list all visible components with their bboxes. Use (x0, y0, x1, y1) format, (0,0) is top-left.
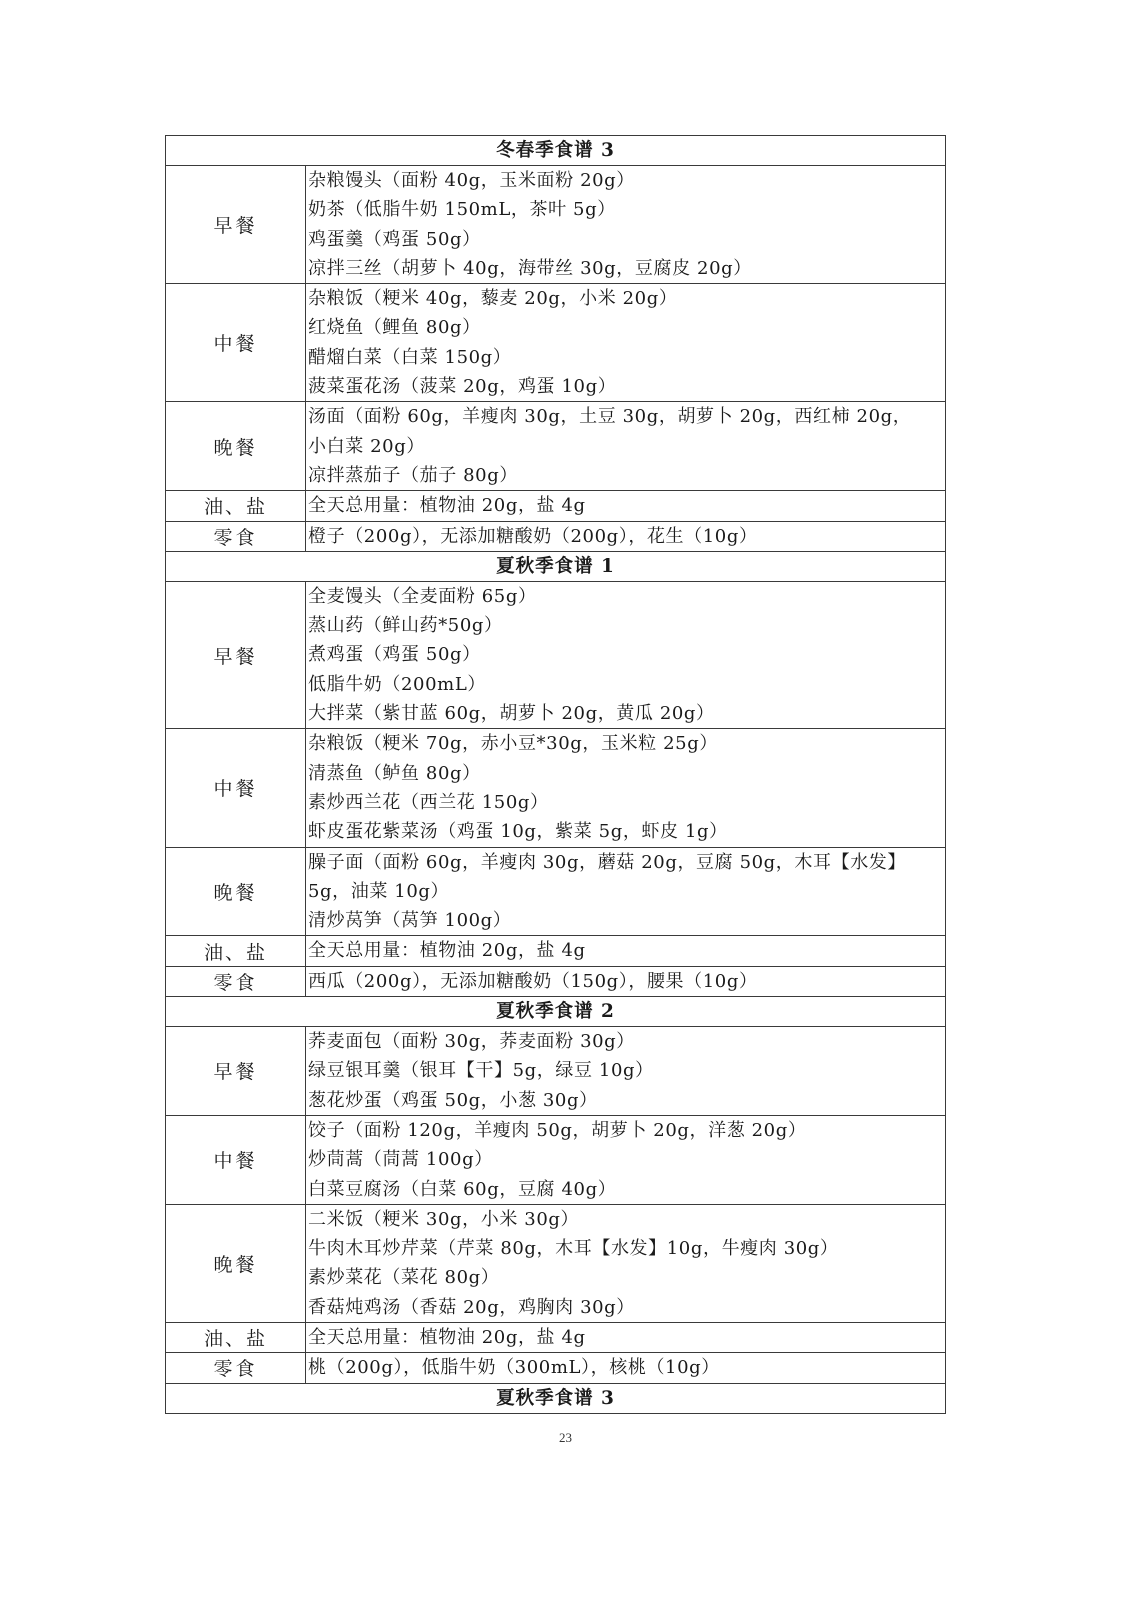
meal-items: 全天总用量：植物油 20g，盐 4g (306, 491, 946, 521)
meal-items: 二米饭（粳米 30g，小米 30g）牛肉木耳炒芹菜（芹菜 80g，木耳【水发】1… (306, 1204, 946, 1322)
meal-items: 汤面（面粉 60g，羊瘦肉 30g，土豆 30g，胡萝卜 20g，西红柿 20g… (306, 402, 946, 491)
meal-label: 早餐 (166, 1027, 306, 1116)
page-number: 23 (0, 1430, 1131, 1446)
dish-line: 饺子（面粉 120g，羊瘦肉 50g，胡萝卜 20g，洋葱 20g） (308, 1116, 945, 1145)
dish-line: 白菜豆腐汤（白菜 60g，豆腐 40g） (308, 1175, 945, 1204)
dish-line: 低脂牛奶（200mL） (308, 670, 945, 699)
dish-line: 凉拌蒸茄子（茄子 80g） (308, 461, 945, 490)
dish-line: 煮鸡蛋（鸡蛋 50g） (308, 640, 945, 669)
meal-row: 中餐杂粮饭（粳米 70g，赤小豆*30g，玉米粒 25g）清蒸鱼（鲈鱼 80g）… (166, 729, 946, 847)
meal-row: 晚餐二米饭（粳米 30g，小米 30g）牛肉木耳炒芹菜（芹菜 80g，木耳【水发… (166, 1204, 946, 1322)
meal-label: 中餐 (166, 729, 306, 847)
meal-row: 晚餐汤面（面粉 60g，羊瘦肉 30g，土豆 30g，胡萝卜 20g，西红柿 2… (166, 402, 946, 491)
dish-line: 桃（200g），低脂牛奶（300mL），核桃（10g） (308, 1353, 945, 1382)
dish-line: 菠菜蛋花汤（菠菜 20g，鸡蛋 10g） (308, 372, 945, 401)
section-title: 夏秋季食谱 3 (166, 1383, 946, 1413)
dish-line: 二米饭（粳米 30g，小米 30g） (308, 1205, 945, 1234)
dish-line: 虾皮蛋花紫菜汤（鸡蛋 10g，紫菜 5g，虾皮 1g） (308, 817, 945, 846)
dish-line: 小白菜 20g） (308, 432, 945, 461)
meal-items: 全麦馒头（全麦面粉 65g）蒸山药（鲜山药*50g）煮鸡蛋（鸡蛋 50g）低脂牛… (306, 581, 946, 728)
section-title: 夏秋季食谱 2 (166, 997, 946, 1027)
meal-label: 中餐 (166, 1115, 306, 1204)
meal-items: 饺子（面粉 120g，羊瘦肉 50g，胡萝卜 20g，洋葱 20g）炒茼蒿（茼蒿… (306, 1115, 946, 1204)
dish-line: 蒸山药（鲜山药*50g） (308, 611, 945, 640)
meal-row: 油、盐全天总用量：植物油 20g，盐 4g (166, 936, 946, 966)
dish-line: 清炒莴笋（莴笋 100g） (308, 906, 945, 935)
meal-row: 零食橙子（200g），无添加糖酸奶（200g），花生（10g） (166, 521, 946, 551)
dish-line: 橙子（200g），无添加糖酸奶（200g），花生（10g） (308, 522, 945, 551)
meal-label: 中餐 (166, 284, 306, 402)
section-header-row: 冬春季食谱 3 (166, 136, 946, 166)
dish-line: 醋熘白菜（白菜 150g） (308, 343, 945, 372)
meal-row: 早餐荞麦面包（面粉 30g，荞麦面粉 30g）绿豆银耳羹（银耳【干】5g，绿豆 … (166, 1027, 946, 1116)
meal-row: 中餐饺子（面粉 120g，羊瘦肉 50g，胡萝卜 20g，洋葱 20g）炒茼蒿（… (166, 1115, 946, 1204)
dish-line: 鸡蛋羹（鸡蛋 50g） (308, 225, 945, 254)
meal-items: 桃（200g），低脂牛奶（300mL），核桃（10g） (306, 1353, 946, 1383)
meal-label: 油、盐 (166, 1322, 306, 1352)
dish-line: 臊子面（面粉 60g，羊瘦肉 30g，蘑菇 20g，豆腐 50g，木耳【水发】 (308, 848, 945, 877)
meal-items: 荞麦面包（面粉 30g，荞麦面粉 30g）绿豆银耳羹（银耳【干】5g，绿豆 10… (306, 1027, 946, 1116)
dish-line: 牛肉木耳炒芹菜（芹菜 80g，木耳【水发】10g，牛瘦肉 30g） (308, 1234, 945, 1263)
dish-line: 素炒西兰花（西兰花 150g） (308, 788, 945, 817)
meal-label: 零食 (166, 521, 306, 551)
meal-row: 油、盐全天总用量：植物油 20g，盐 4g (166, 1322, 946, 1352)
dish-line: 炒茼蒿（茼蒿 100g） (308, 1145, 945, 1174)
dish-line: 杂粮饭（粳米 40g，藜麦 20g，小米 20g） (308, 284, 945, 313)
meal-row: 晚餐臊子面（面粉 60g，羊瘦肉 30g，蘑菇 20g，豆腐 50g，木耳【水发… (166, 847, 946, 936)
meal-row: 零食桃（200g），低脂牛奶（300mL），核桃（10g） (166, 1353, 946, 1383)
dish-line: 荞麦面包（面粉 30g，荞麦面粉 30g） (308, 1027, 945, 1056)
dish-line: 全麦馒头（全麦面粉 65g） (308, 582, 945, 611)
meal-label: 零食 (166, 966, 306, 996)
dish-line: 全天总用量：植物油 20g，盐 4g (308, 491, 945, 520)
dish-line: 汤面（面粉 60g，羊瘦肉 30g，土豆 30g，胡萝卜 20g，西红柿 20g… (308, 402, 945, 431)
meal-items: 橙子（200g），无添加糖酸奶（200g），花生（10g） (306, 521, 946, 551)
meal-items: 臊子面（面粉 60g，羊瘦肉 30g，蘑菇 20g，豆腐 50g，木耳【水发】5… (306, 847, 946, 936)
meal-label: 零食 (166, 1353, 306, 1383)
dish-line: 香菇炖鸡汤（香菇 20g，鸡胸肉 30g） (308, 1293, 945, 1322)
meal-label: 油、盐 (166, 491, 306, 521)
meal-items: 杂粮饭（粳米 40g，藜麦 20g，小米 20g）红烧鱼（鲤鱼 80g）醋熘白菜… (306, 284, 946, 402)
document-page: 冬春季食谱 3早餐杂粮馒头（面粉 40g，玉米面粉 20g）奶茶（低脂牛奶 15… (0, 0, 1131, 1600)
dish-line: 素炒菜花（菜花 80g） (308, 1263, 945, 1292)
meal-row: 油、盐全天总用量：植物油 20g，盐 4g (166, 491, 946, 521)
dish-line: 西瓜（200g），无添加糖酸奶（150g），腰果（10g） (308, 967, 945, 996)
section-header-row: 夏秋季食谱 3 (166, 1383, 946, 1413)
meal-items: 杂粮馒头（面粉 40g，玉米面粉 20g）奶茶（低脂牛奶 150mL，茶叶 5g… (306, 166, 946, 284)
meal-label: 晚餐 (166, 402, 306, 491)
dish-line: 全天总用量：植物油 20g，盐 4g (308, 1323, 945, 1352)
dish-line: 绿豆银耳羹（银耳【干】5g，绿豆 10g） (308, 1056, 945, 1085)
section-title: 冬春季食谱 3 (166, 136, 946, 166)
dish-line: 大拌菜（紫甘蓝 60g，胡萝卜 20g，黄瓜 20g） (308, 699, 945, 728)
meal-row: 早餐杂粮馒头（面粉 40g，玉米面粉 20g）奶茶（低脂牛奶 150mL，茶叶 … (166, 166, 946, 284)
dish-line: 清蒸鱼（鲈鱼 80g） (308, 759, 945, 788)
meal-label: 早餐 (166, 166, 306, 284)
meal-label: 早餐 (166, 581, 306, 728)
section-header-row: 夏秋季食谱 2 (166, 997, 946, 1027)
section-header-row: 夏秋季食谱 1 (166, 551, 946, 581)
dish-line: 5g，油菜 10g） (308, 877, 945, 906)
meal-items: 西瓜（200g），无添加糖酸奶（150g），腰果（10g） (306, 966, 946, 996)
section-title: 夏秋季食谱 1 (166, 551, 946, 581)
meal-row: 零食西瓜（200g），无添加糖酸奶（150g），腰果（10g） (166, 966, 946, 996)
dish-line: 凉拌三丝（胡萝卜 40g，海带丝 30g，豆腐皮 20g） (308, 254, 945, 283)
menu-table: 冬春季食谱 3早餐杂粮馒头（面粉 40g，玉米面粉 20g）奶茶（低脂牛奶 15… (165, 135, 946, 1414)
dish-line: 杂粮馒头（面粉 40g，玉米面粉 20g） (308, 166, 945, 195)
meal-row: 早餐全麦馒头（全麦面粉 65g）蒸山药（鲜山药*50g）煮鸡蛋（鸡蛋 50g）低… (166, 581, 946, 728)
meal-label: 油、盐 (166, 936, 306, 966)
meal-label: 晚餐 (166, 847, 306, 936)
meal-items: 杂粮饭（粳米 70g，赤小豆*30g，玉米粒 25g）清蒸鱼（鲈鱼 80g）素炒… (306, 729, 946, 847)
dish-line: 葱花炒蛋（鸡蛋 50g，小葱 30g） (308, 1086, 945, 1115)
meal-items: 全天总用量：植物油 20g，盐 4g (306, 936, 946, 966)
dish-line: 全天总用量：植物油 20g，盐 4g (308, 936, 945, 965)
dish-line: 红烧鱼（鲤鱼 80g） (308, 313, 945, 342)
meal-row: 中餐杂粮饭（粳米 40g，藜麦 20g，小米 20g）红烧鱼（鲤鱼 80g）醋熘… (166, 284, 946, 402)
dish-line: 杂粮饭（粳米 70g，赤小豆*30g，玉米粒 25g） (308, 729, 945, 758)
dish-line: 奶茶（低脂牛奶 150mL，茶叶 5g） (308, 195, 945, 224)
meal-label: 晚餐 (166, 1204, 306, 1322)
meal-items: 全天总用量：植物油 20g，盐 4g (306, 1322, 946, 1352)
